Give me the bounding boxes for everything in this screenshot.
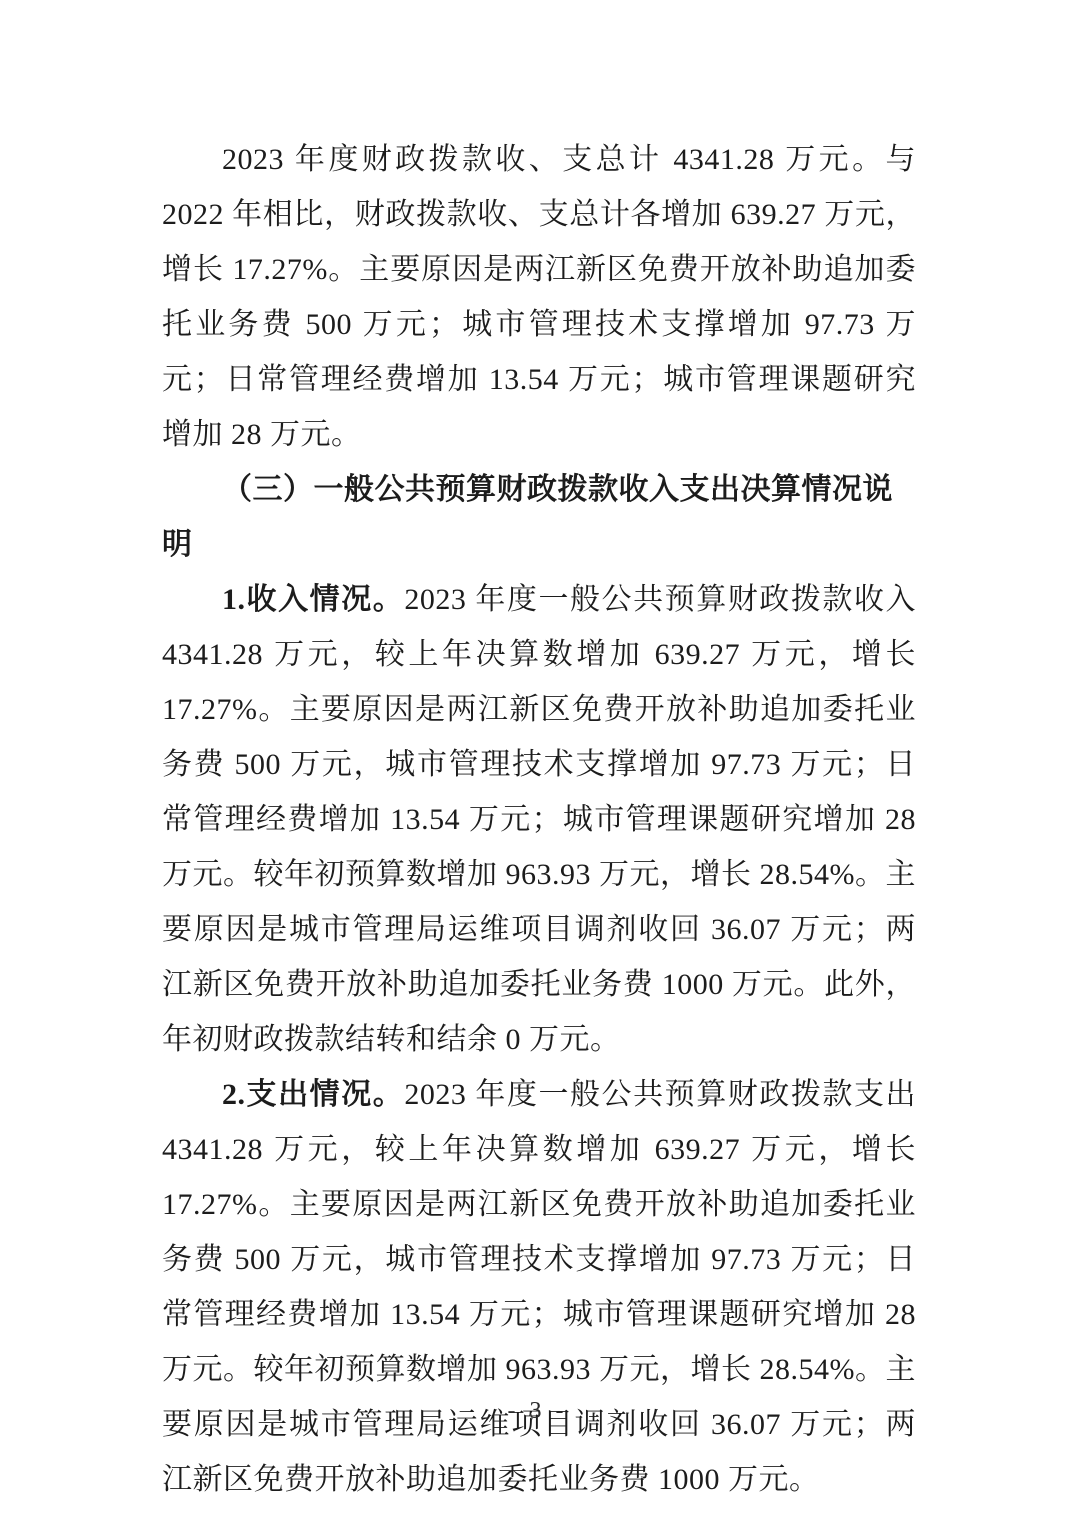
income-paragraph-lead: 1.收入情况。 bbox=[222, 583, 404, 616]
expenditure-paragraph-text: 2023 年度一般公共预算财政拨款支出 4341.28 万元，较上年决算数增加 … bbox=[162, 1078, 916, 1496]
expenditure-paragraph: 2.支出情况。2023 年度一般公共预算财政拨款支出 4341.28 万元，较上… bbox=[162, 1067, 916, 1507]
document-body: 2023 年度财政拨款收、支总计 4341.28 万元。与 2022 年相比，财… bbox=[162, 132, 916, 1507]
expenditure-paragraph-lead: 2.支出情况。 bbox=[222, 1078, 404, 1111]
section-heading: （三）一般公共预算财政拨款收入支出决算情况说明 bbox=[162, 462, 916, 572]
page-number: - 3 - bbox=[0, 1398, 1075, 1425]
intro-paragraph: 2023 年度财政拨款收、支总计 4341.28 万元。与 2022 年相比，财… bbox=[162, 132, 916, 462]
income-paragraph-text: 2023 年度一般公共预算财政拨款收入 4341.28 万元，较上年决算数增加 … bbox=[162, 583, 916, 1056]
document-page: 2023 年度财政拨款收、支总计 4341.28 万元。与 2022 年相比，财… bbox=[0, 0, 1075, 1520]
income-paragraph: 1.收入情况。2023 年度一般公共预算财政拨款收入 4341.28 万元，较上… bbox=[162, 572, 916, 1067]
